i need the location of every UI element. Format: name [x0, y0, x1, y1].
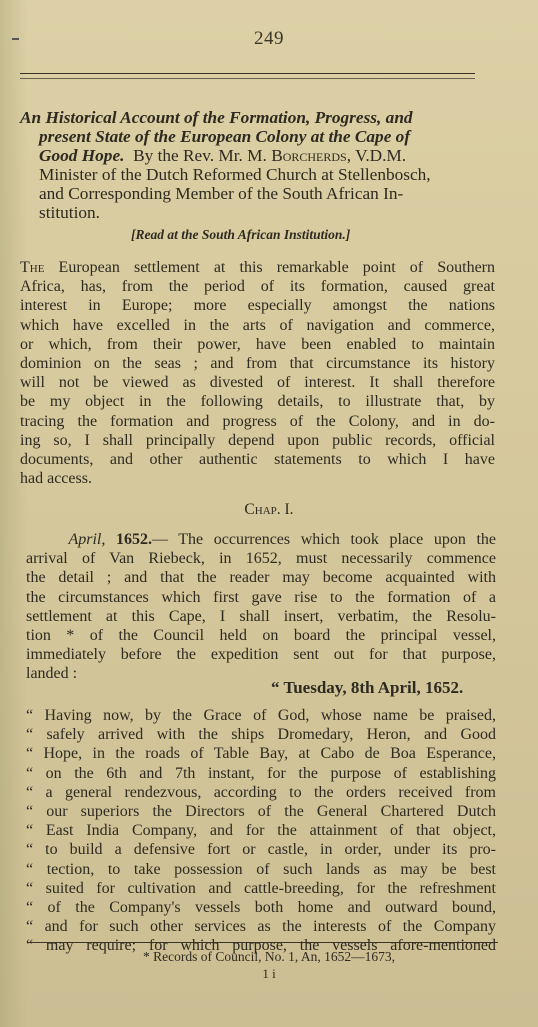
intro-paragraph: The European settlement at this remarkab…	[20, 258, 495, 488]
chapter-line-4: the circumstances which first gave rise …	[26, 588, 496, 607]
printer-signature: 1 i	[0, 966, 538, 982]
intro-line-11: documents, and other authentic statement…	[20, 450, 495, 469]
intro-line-12: had access.	[20, 469, 495, 488]
author-name: Borcherds	[271, 146, 347, 165]
quote-line-10: “ suited for cultivation and cattle-bree…	[26, 879, 496, 898]
read-at-note: [Read at the South African Institution.]	[131, 227, 350, 243]
quote-line-3: “ Hope, in the roads of Table Bay, at Ca…	[26, 744, 496, 763]
chapter-line-2: arrival of Van Riebeck, in 1652, must ne…	[26, 549, 496, 568]
affiliation-line-1: Minister of the Dutch Reformed Church at…	[20, 165, 490, 184]
header-rule-secondary	[20, 78, 475, 79]
intro-line-9: tracing the formation and progress of th…	[20, 412, 495, 431]
date-label: April,	[68, 531, 105, 548]
intro-line-10: ing so, I shall principally depend upon …	[20, 431, 495, 450]
quote-line-4: “ on the 6th and 7th instant, for the pu…	[26, 764, 496, 783]
quote-line-8: “ to build a defensive fort or castle, i…	[26, 840, 496, 859]
header-rule	[20, 73, 475, 74]
footnote: * Records of Council, No. 1, An, 1652—16…	[0, 949, 538, 965]
intro-lead-word: The	[20, 259, 44, 276]
intro-line-5: or which, from their power, have been en…	[20, 335, 495, 354]
chapter-line-5: settlement at this Cape, I shall insert,…	[26, 607, 496, 626]
affiliation-line-2: and Corresponding Member of the South Af…	[20, 184, 490, 203]
quote-line-11: “ of the Company's vessels both home and…	[26, 898, 496, 917]
chapter-line-6: tion * of the Council held on board the …	[26, 626, 496, 645]
quote-line-6: “ our superiors the Directors of the Gen…	[26, 802, 496, 821]
chapter-paragraph: April, 1652.— The occurrences which took…	[26, 530, 496, 684]
quote-line-1: “ Having now, by the Grace of God, whose…	[26, 706, 496, 725]
title-line-3: Good Hope. By the Rev. Mr. M. Borcherds,…	[20, 146, 490, 165]
chapter-line-3: the detail ; and that the reader may bec…	[26, 568, 496, 587]
intro-line-8: be my object in the following details, t…	[20, 392, 495, 411]
chapter-line-1: April, 1652.— The occurrences which took…	[26, 530, 496, 549]
affiliation-line-3: stitution.	[20, 203, 490, 222]
resolution-quote: “ Having now, by the Grace of God, whose…	[26, 706, 496, 956]
intro-line-6: dominion on the seas ; and from that cir…	[20, 354, 495, 373]
intro-line-4: which have excelled in the arts of navig…	[20, 316, 495, 335]
title-line-2: present State of the European Colony at …	[20, 127, 490, 146]
intro-line-2: Africa, has, from the period of its form…	[20, 277, 495, 296]
quote-line-5: “ a general rendezvous, according to the…	[26, 783, 496, 802]
author-suffix: , V.D.M.	[347, 146, 406, 165]
chapter-heading: Chap. I.	[0, 501, 538, 519]
byline-prefix: By the Rev. Mr. M.	[133, 146, 267, 165]
title-line-3-text: Good Hope.	[39, 146, 124, 165]
intro-line-7: will not be viewed as divested of intere…	[20, 373, 495, 392]
chapter-line-7: immediately before the expedition sent o…	[26, 645, 496, 664]
quote-line-12: “ and for such other services as the int…	[26, 917, 496, 936]
footnote-rule	[28, 942, 498, 943]
quote-line-9: “ tection, to take possession of such la…	[26, 860, 496, 879]
intro-line-3: interest in Europe; more especially amon…	[20, 296, 495, 315]
article-title-block: An Historical Account of the Formation, …	[20, 108, 490, 222]
intro-line-1: The European settlement at this remarkab…	[20, 258, 495, 277]
quote-line-7: “ East India Company, and for the attain…	[26, 821, 496, 840]
resolution-date: “ Tuesday, 8th April, 1652.	[271, 678, 463, 698]
page-number: 249	[0, 28, 538, 50]
title-line-1: An Historical Account of the Formation, …	[20, 108, 490, 127]
quote-line-2: “ safely arrived with the ships Dromedar…	[26, 725, 496, 744]
date-year: 1652.	[116, 531, 152, 548]
